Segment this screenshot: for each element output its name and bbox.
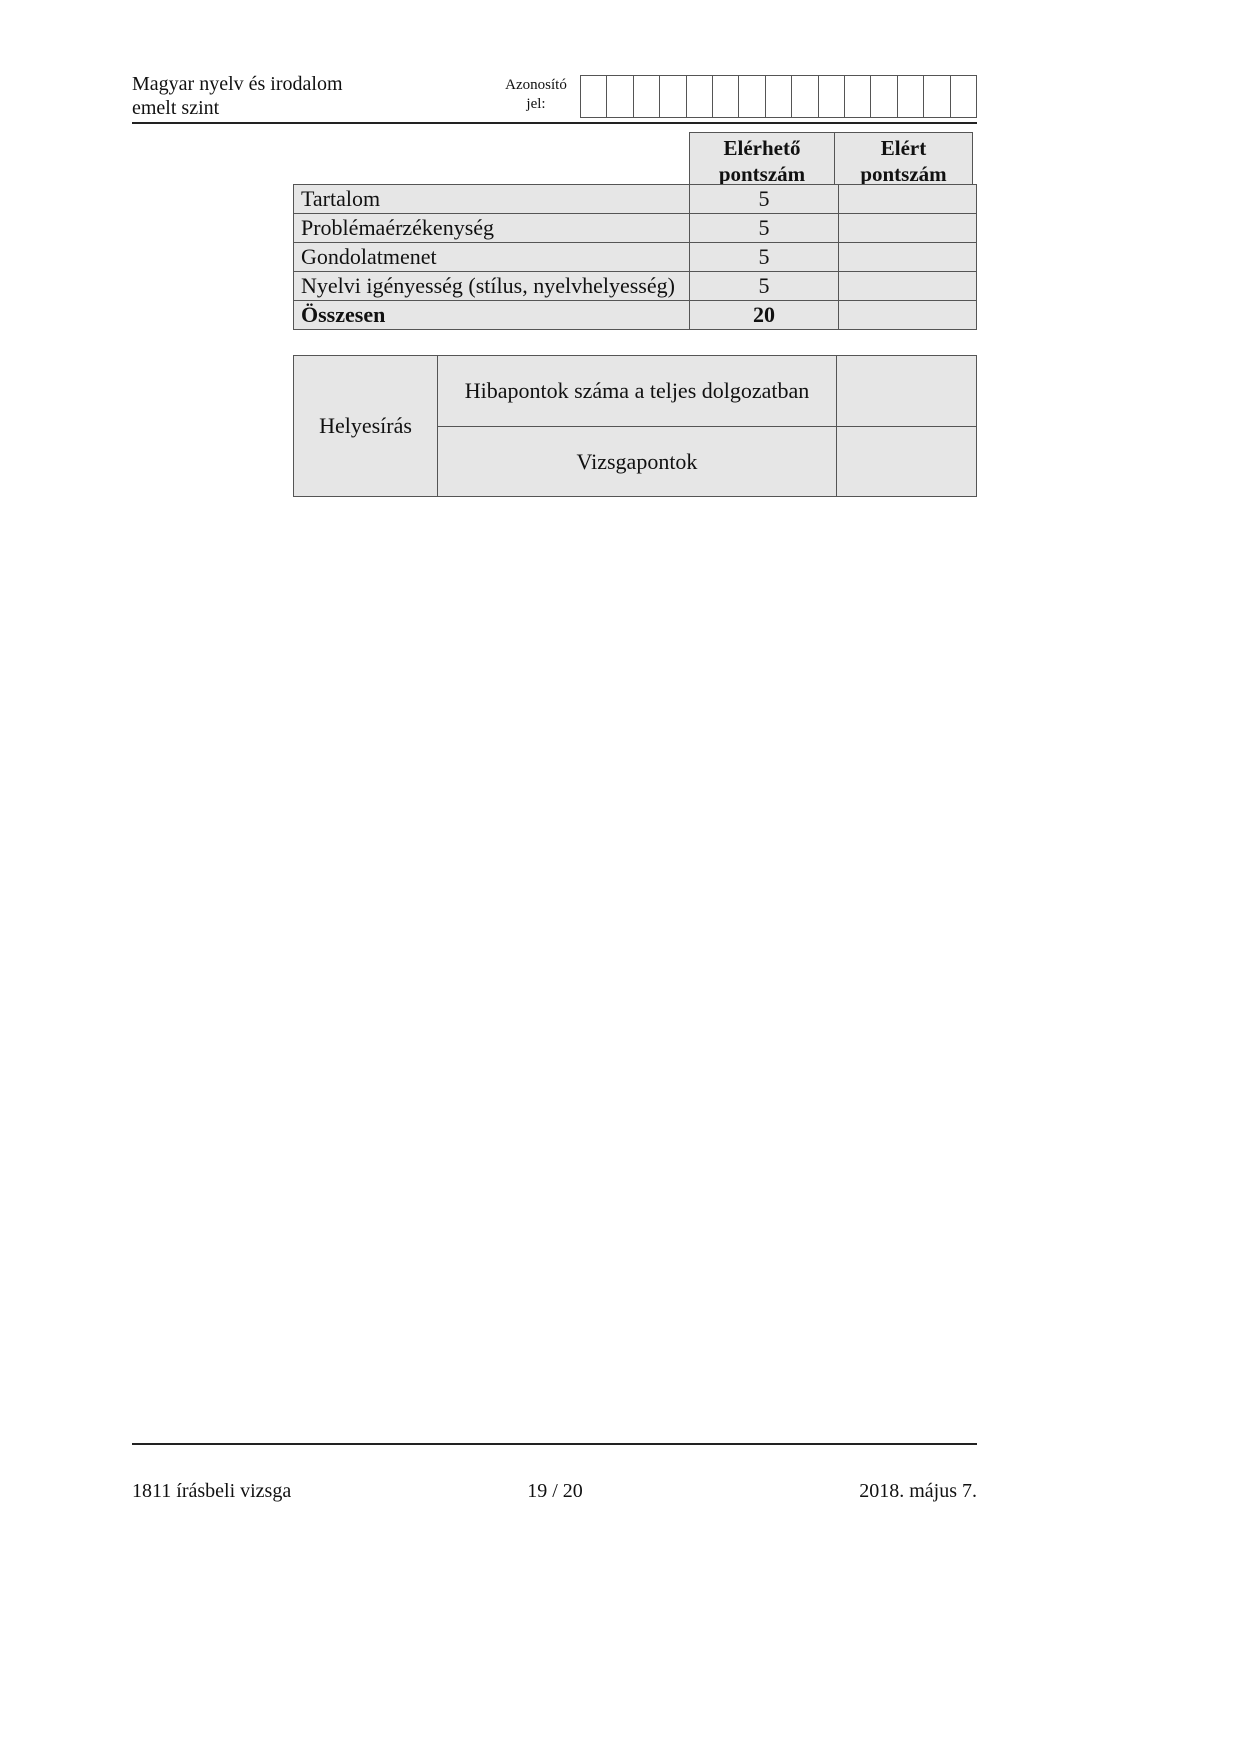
score-row-label: Gondolatmenet [293,242,690,272]
score-row-max: 5 [689,213,839,243]
page-number: 19 / 20 [505,1479,605,1503]
header-divider [132,122,977,124]
id-code-cell[interactable] [845,76,871,117]
score-row-max: 20 [689,300,839,330]
subject-name: Magyar nyelv és irodalom [132,72,343,96]
id-code-boxes[interactable] [580,75,977,118]
score-row-achieved-field[interactable] [838,213,977,243]
spelling-exam-points-label: Vizsgapontok [437,426,837,497]
score-row-max: 5 [689,242,839,272]
id-code-cell[interactable] [871,76,897,117]
id-code-cell[interactable] [951,76,976,117]
subject-title: Magyar nyelv és irodalom emelt szint [132,72,343,120]
subject-level: emelt szint [132,96,343,120]
id-label: Azonosító jel: [492,76,580,114]
id-code-cell[interactable] [792,76,818,117]
score-row-max: 5 [689,271,839,301]
footer-divider [132,1443,977,1445]
score-row-label: Tartalom [293,184,690,214]
spelling-error-points-label: Hibapontok száma a teljes dolgozatban [437,355,837,427]
id-label-line1: Azonosító [492,76,580,95]
id-label-line2: jel: [492,95,580,114]
score-row-achieved-field[interactable] [838,184,977,214]
id-code-cell[interactable] [739,76,765,117]
column-header-max-line1: Elérhető [690,135,834,161]
column-header-achieved: Elért pontszám [834,132,973,185]
id-code-cell[interactable] [713,76,739,117]
id-code-cell[interactable] [634,76,660,117]
spelling-exam-points-field[interactable] [836,426,977,497]
spelling-group-label: Helyesírás [293,355,438,497]
score-row-label: Problémaérzékenység [293,213,690,243]
footer-date: 2018. május 7. [777,1479,977,1503]
score-row-achieved-field[interactable] [838,300,977,330]
column-header-max: Elérhető pontszám [689,132,835,185]
id-code-cell[interactable] [766,76,792,117]
score-row-achieved-field[interactable] [838,271,977,301]
footer-exam-code: 1811 írásbeli vizsga [132,1479,291,1503]
id-code-cell[interactable] [581,76,607,117]
id-code-cell[interactable] [660,76,686,117]
column-header-achieved-line1: Elért [835,135,972,161]
id-code-cell[interactable] [819,76,845,117]
id-code-cell[interactable] [687,76,713,117]
id-code-cell[interactable] [924,76,950,117]
score-row-label: Összesen [293,300,690,330]
score-row-max: 5 [689,184,839,214]
score-row-label: Nyelvi igényesség (stílus, nyelvhelyessé… [293,271,690,301]
id-code-cell[interactable] [607,76,633,117]
id-code-cell[interactable] [898,76,924,117]
spelling-error-points-field[interactable] [836,355,977,427]
score-row-achieved-field[interactable] [838,242,977,272]
